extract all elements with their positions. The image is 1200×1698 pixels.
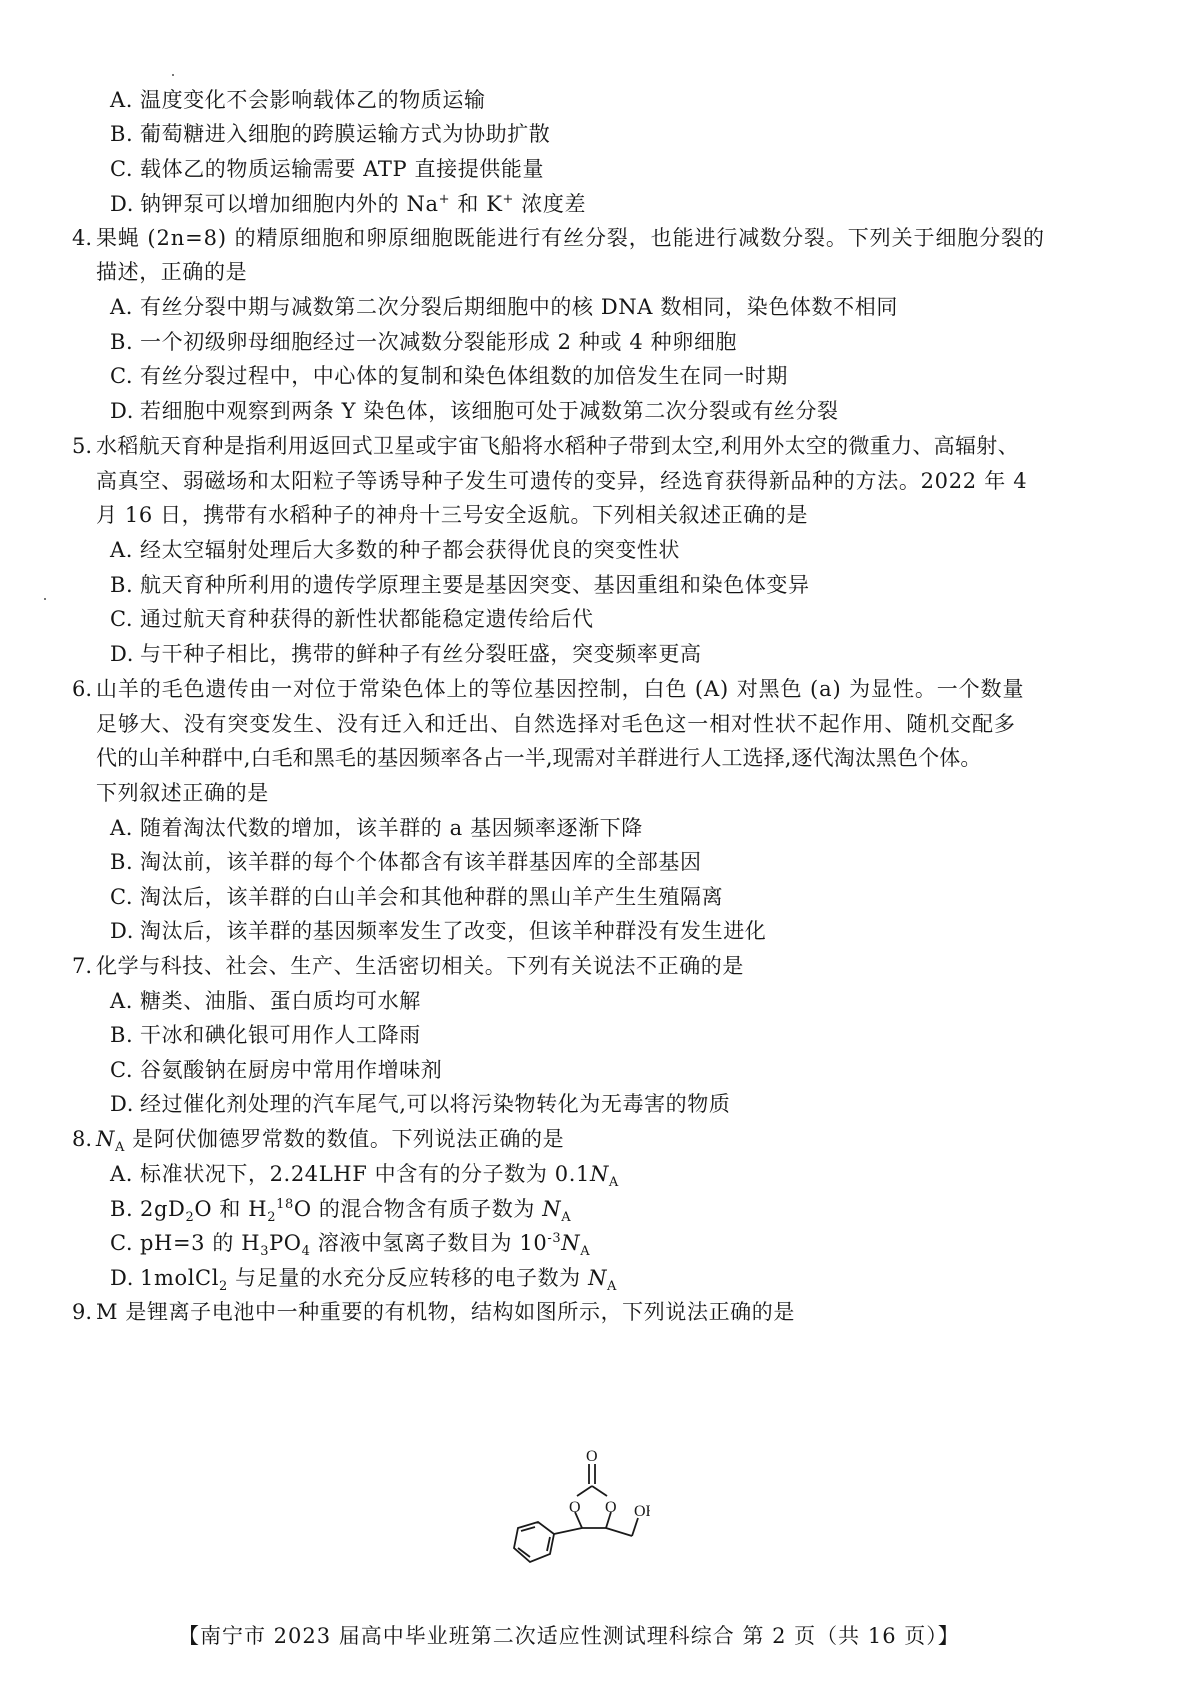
atom-label-oh: OH — [634, 1503, 650, 1520]
q7-option-d: D.经过催化剂处理的汽车尾气,可以将污染物转化为无毒害的物质 — [110, 1090, 730, 1118]
question-stem: 山羊的毛色遗传由一对位于常染色体上的等位基因控制，白色 (A) 对黑色 (a) … — [96, 675, 1024, 703]
q5-option-c: C.通过航天育种获得的新性状都能稳定遗传给后代 — [110, 605, 594, 633]
question-number: 6. — [72, 675, 92, 703]
q8-option-b: B.2gD2O 和 H218O 的混合物含有质子数为 NA — [110, 1195, 571, 1223]
question-stem: NA 是阿伏伽德罗常数的数值。下列说法正确的是 — [96, 1125, 564, 1153]
question-number: 7. — [72, 952, 92, 980]
question-stem: 果蝇 (2n=8) 的精原细胞和卵原细胞既能进行有丝分裂，也能进行减数分裂。下列… — [96, 224, 1045, 252]
q6-option-a: A.随着淘汰代数的增加，该羊群的 a 基因频率逐渐下降 — [110, 814, 643, 842]
q6-option-c: C.淘汰后，该羊群的白山羊会和其他种群的黑山羊产生生殖隔离 — [110, 883, 723, 911]
q4-option-c: C.有丝分裂过程中，中心体的复制和染色体组数的加倍发生在同一时期 — [110, 362, 788, 390]
q3-option-a: A.温度变化不会影响载体乙的物质运输 — [110, 86, 486, 114]
question-stem: M 是锂离子电池中一种重要的有机物，结构如图所示，下列说法正确的是 — [96, 1298, 795, 1326]
q3-option-d: D.钠钾泵可以增加细胞内外的 Na+ 和 K+ 浓度差 — [110, 190, 586, 218]
question-stem: 高真空、弱磁场和太阳粒子等诱导种子发生可遗传的变异，经选育获得新品种的方法。20… — [96, 467, 1027, 495]
question-number: 9. — [72, 1298, 92, 1326]
question-stem: 月 16 日，携带有水稻种子的神舟十三号安全返航。下列相关叙述正确的是 — [96, 501, 808, 529]
avogadro-symbol: N — [96, 1127, 115, 1151]
atom-label-o: O — [605, 1499, 617, 1516]
q3-option-c: C.载体乙的物质运输需要 ATP 直接提供能量 — [110, 155, 544, 183]
q5-option-d: D.与干种子相比，携带的鲜种子有丝分裂旺盛，突变频率更高 — [110, 640, 702, 668]
question-stem: 水稻航天育种是指利用返回式卫星或宇宙飞船将水稻种子带到太空,利用外太空的微重力、… — [96, 432, 1019, 460]
scan-speck — [172, 74, 174, 76]
q6-option-d: D.淘汰后，该羊群的基因频率发生了改变，但该羊种群没有发生进化 — [110, 917, 766, 945]
q7-option-c: C.谷氨酸钠在厨房中常用作增味剂 — [110, 1056, 442, 1084]
q3-option-b: B.葡萄糖进入细胞的跨膜运输方式为协助扩散 — [110, 120, 550, 148]
molecule-structure-figure: O O O OH — [450, 1430, 650, 1570]
q5-option-a: A.经太空辐射处理后大多数的种子都会获得优良的突变性状 — [110, 536, 680, 564]
atom-label-o: O — [586, 1448, 598, 1465]
question-stem: 化学与科技、社会、生产、生活密切相关。下列有关说法不正确的是 — [96, 952, 744, 980]
q7-option-b: B.干冰和碘化银可用作人工降雨 — [110, 1021, 421, 1049]
q7-option-a: A.糖类、油脂、蛋白质均可水解 — [110, 987, 421, 1015]
question-stem: 足够大、没有突变发生、没有迁入和迁出、自然选择对毛色这一相对性状不起作用、随机交… — [96, 710, 1016, 738]
exam-page: A.温度变化不会影响载体乙的物质运输 B.葡萄糖进入细胞的跨膜运输方式为协助扩散… — [0, 0, 1200, 1698]
q6-option-b: B.淘汰前，该羊群的每个个体都含有该羊群基因库的全部基因 — [110, 848, 702, 876]
page-footer: 【南宁市 2023 届高中毕业班第二次适应性测试理科综合 第 2 页（共 16 … — [178, 1622, 960, 1650]
atom-label-o: O — [569, 1499, 581, 1516]
question-number: 4. — [72, 224, 92, 252]
q4-option-b: B.一个初级卵母细胞经过一次减数分裂能形成 2 种或 4 种卵细胞 — [110, 328, 737, 356]
scan-speck — [44, 598, 46, 600]
question-stem: 下列叙述正确的是 — [96, 779, 269, 807]
q5-option-b: B.航天育种所利用的遗传学原理主要是基因突变、基因重组和染色体变异 — [110, 571, 810, 599]
question-number: 5. — [72, 432, 92, 460]
q4-option-a: A.有丝分裂中期与减数第二次分裂后期细胞中的核 DNA 数相同，染色体数不相同 — [110, 293, 898, 321]
question-stem: 代的山羊种群中,白毛和黑毛的基因频率各占一半,现需对羊群进行人工选择,逐代淘汰黑… — [96, 744, 981, 772]
q8-option-c: C.pH=3 的 H3PO4 溶液中氢离子数目为 10-3NA — [110, 1229, 590, 1257]
question-number: 8. — [72, 1125, 92, 1153]
question-stem: 描述，正确的是 — [96, 258, 247, 286]
q4-option-d: D.若细胞中观察到两条 Y 染色体，该细胞可处于减数第二次分裂或有丝分裂 — [110, 397, 839, 425]
q8-option-a: A.标准状况下，2.24LHF 中含有的分子数为 0.1NA — [110, 1160, 619, 1188]
q8-option-d: D.1molCl2 与足量的水充分反应转移的电子数为 NA — [110, 1264, 617, 1292]
